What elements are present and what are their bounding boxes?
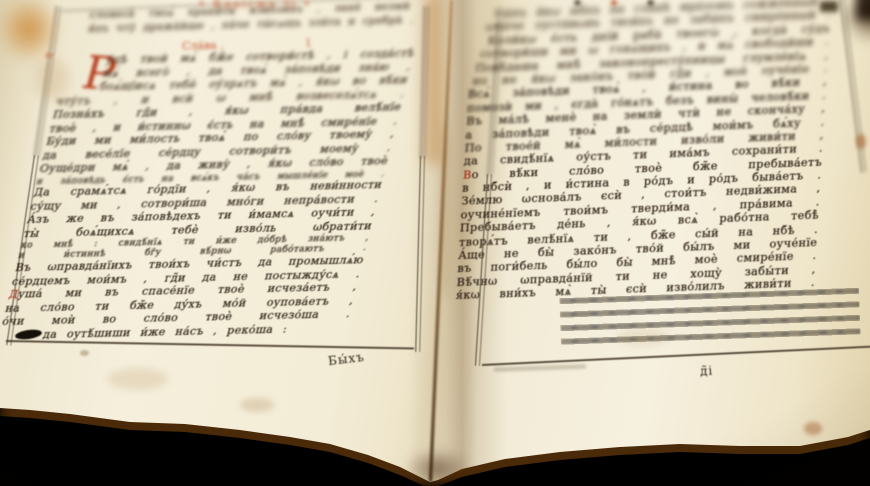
book-cover-corner-top-left — [0, 0, 72, 74]
page-stack-edge-dark-corner — [856, 0, 870, 20]
rust-stain — [804, 422, 822, 435]
right-page-text-block: Бы́хъ я́кω мѣ́хъ на сла́нѣ мра́зомъ сожж… — [455, 0, 832, 302]
left-page-intro-lines: словеса̀ твоѧ̀ храни́ти изво́лихъ , занѐ… — [88, 0, 411, 37]
foxing-stain — [240, 398, 274, 412]
left-page-catchword: Бы́хъ — [327, 350, 365, 368]
right-page-bottom-rule — [482, 346, 870, 366]
show-through-text — [559, 285, 861, 351]
right-page-signature-mark: д̃і — [700, 364, 714, 379]
slava-mark: ї — [306, 36, 310, 49]
photo-old-slavonic-book: • Каѳі́сма з̃і • словеса̀ твоѧ̀ храни́ти… — [0, 0, 870, 486]
foxing-stain — [108, 368, 168, 390]
ink-speck — [80, 350, 89, 356]
left-page-bottom-rule — [6, 340, 414, 349]
rust-stain — [856, 134, 866, 149]
gutter-stain — [440, 120, 450, 300]
open-book-pages: • Каѳі́сма з̃і • словеса̀ твоѧ̀ храни́ти… — [0, 0, 870, 486]
foxing-stain — [618, 328, 670, 346]
